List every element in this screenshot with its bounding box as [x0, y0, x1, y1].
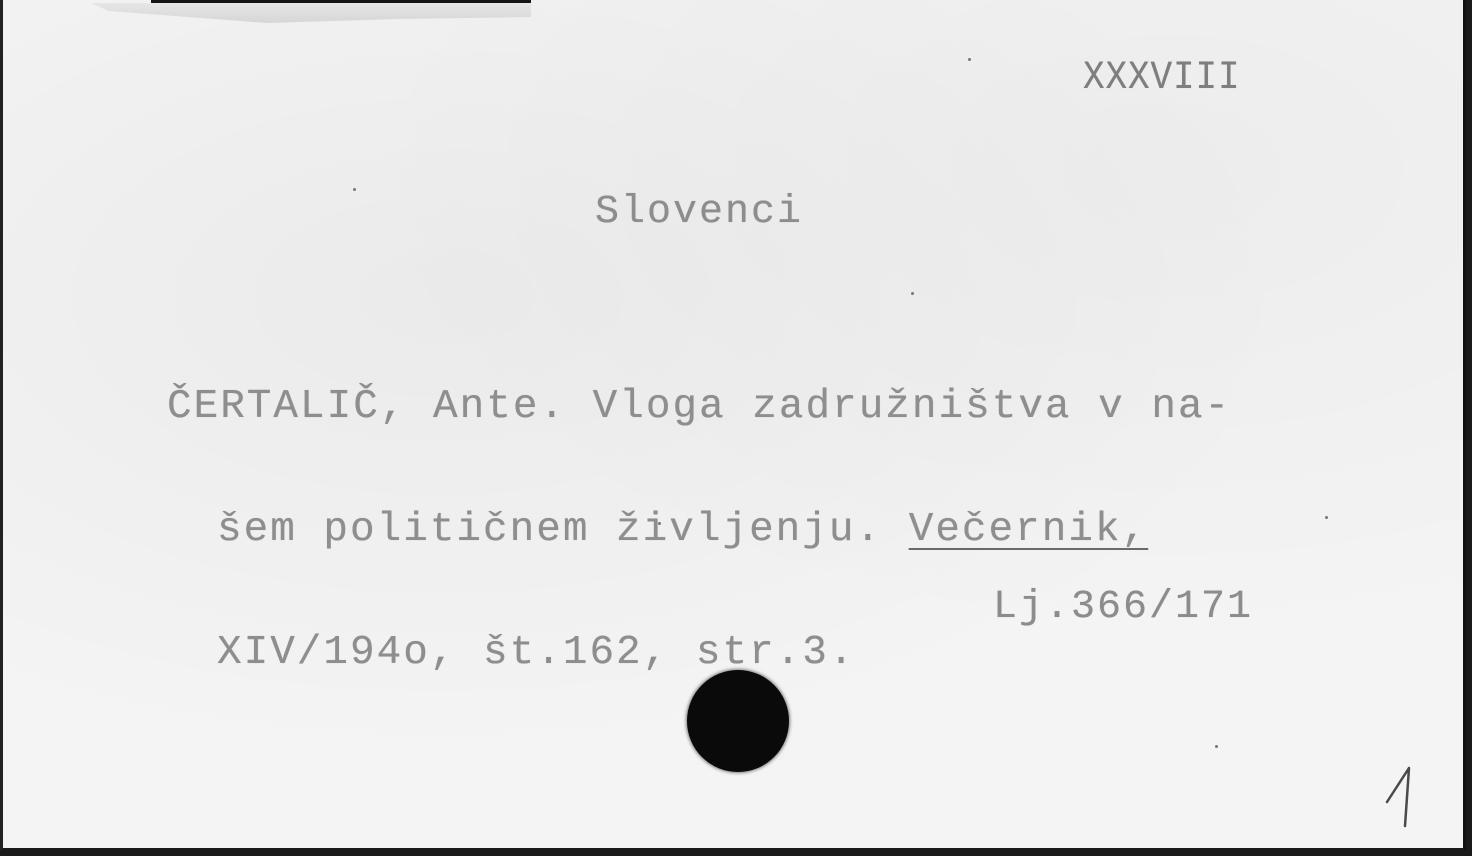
- card-tab: [91, 3, 531, 23]
- entry-title-end: šem političnem življenju.: [217, 507, 909, 553]
- card-tab-strip: [91, 0, 531, 24]
- shelfmark: Lj.366/171: [993, 585, 1253, 630]
- catalog-card: XXXVIII Slovenci ČERTALIČ, Ante. Vloga z…: [0, 0, 1466, 851]
- paper-speck: [353, 188, 356, 191]
- subject-heading: Slovenci: [595, 190, 803, 235]
- section-number: XXXVIII: [1083, 56, 1241, 101]
- entry-source: Večernik,: [909, 507, 1148, 553]
- punch-hole: [687, 670, 789, 772]
- handwritten-number-icon: [1383, 760, 1423, 830]
- entry-author: ČERTALIČ, Ante.: [167, 384, 566, 430]
- entry-line-1: ČERTALIČ, Ante. Vloga zadružništva v na-: [167, 387, 1231, 428]
- paper-speck: [911, 292, 914, 295]
- entry-line-3: XIV/194o, št.162, str.3.: [167, 633, 1231, 674]
- paper-speck: [1325, 516, 1328, 519]
- paper-speck: [1215, 745, 1218, 748]
- paper-speck: [658, 522, 661, 525]
- entry-line-2: šem političnem življenju. Večernik,: [167, 510, 1231, 551]
- entry-title-start: Vloga zadružništva v na-: [566, 384, 1231, 430]
- paper-speck: [968, 58, 971, 61]
